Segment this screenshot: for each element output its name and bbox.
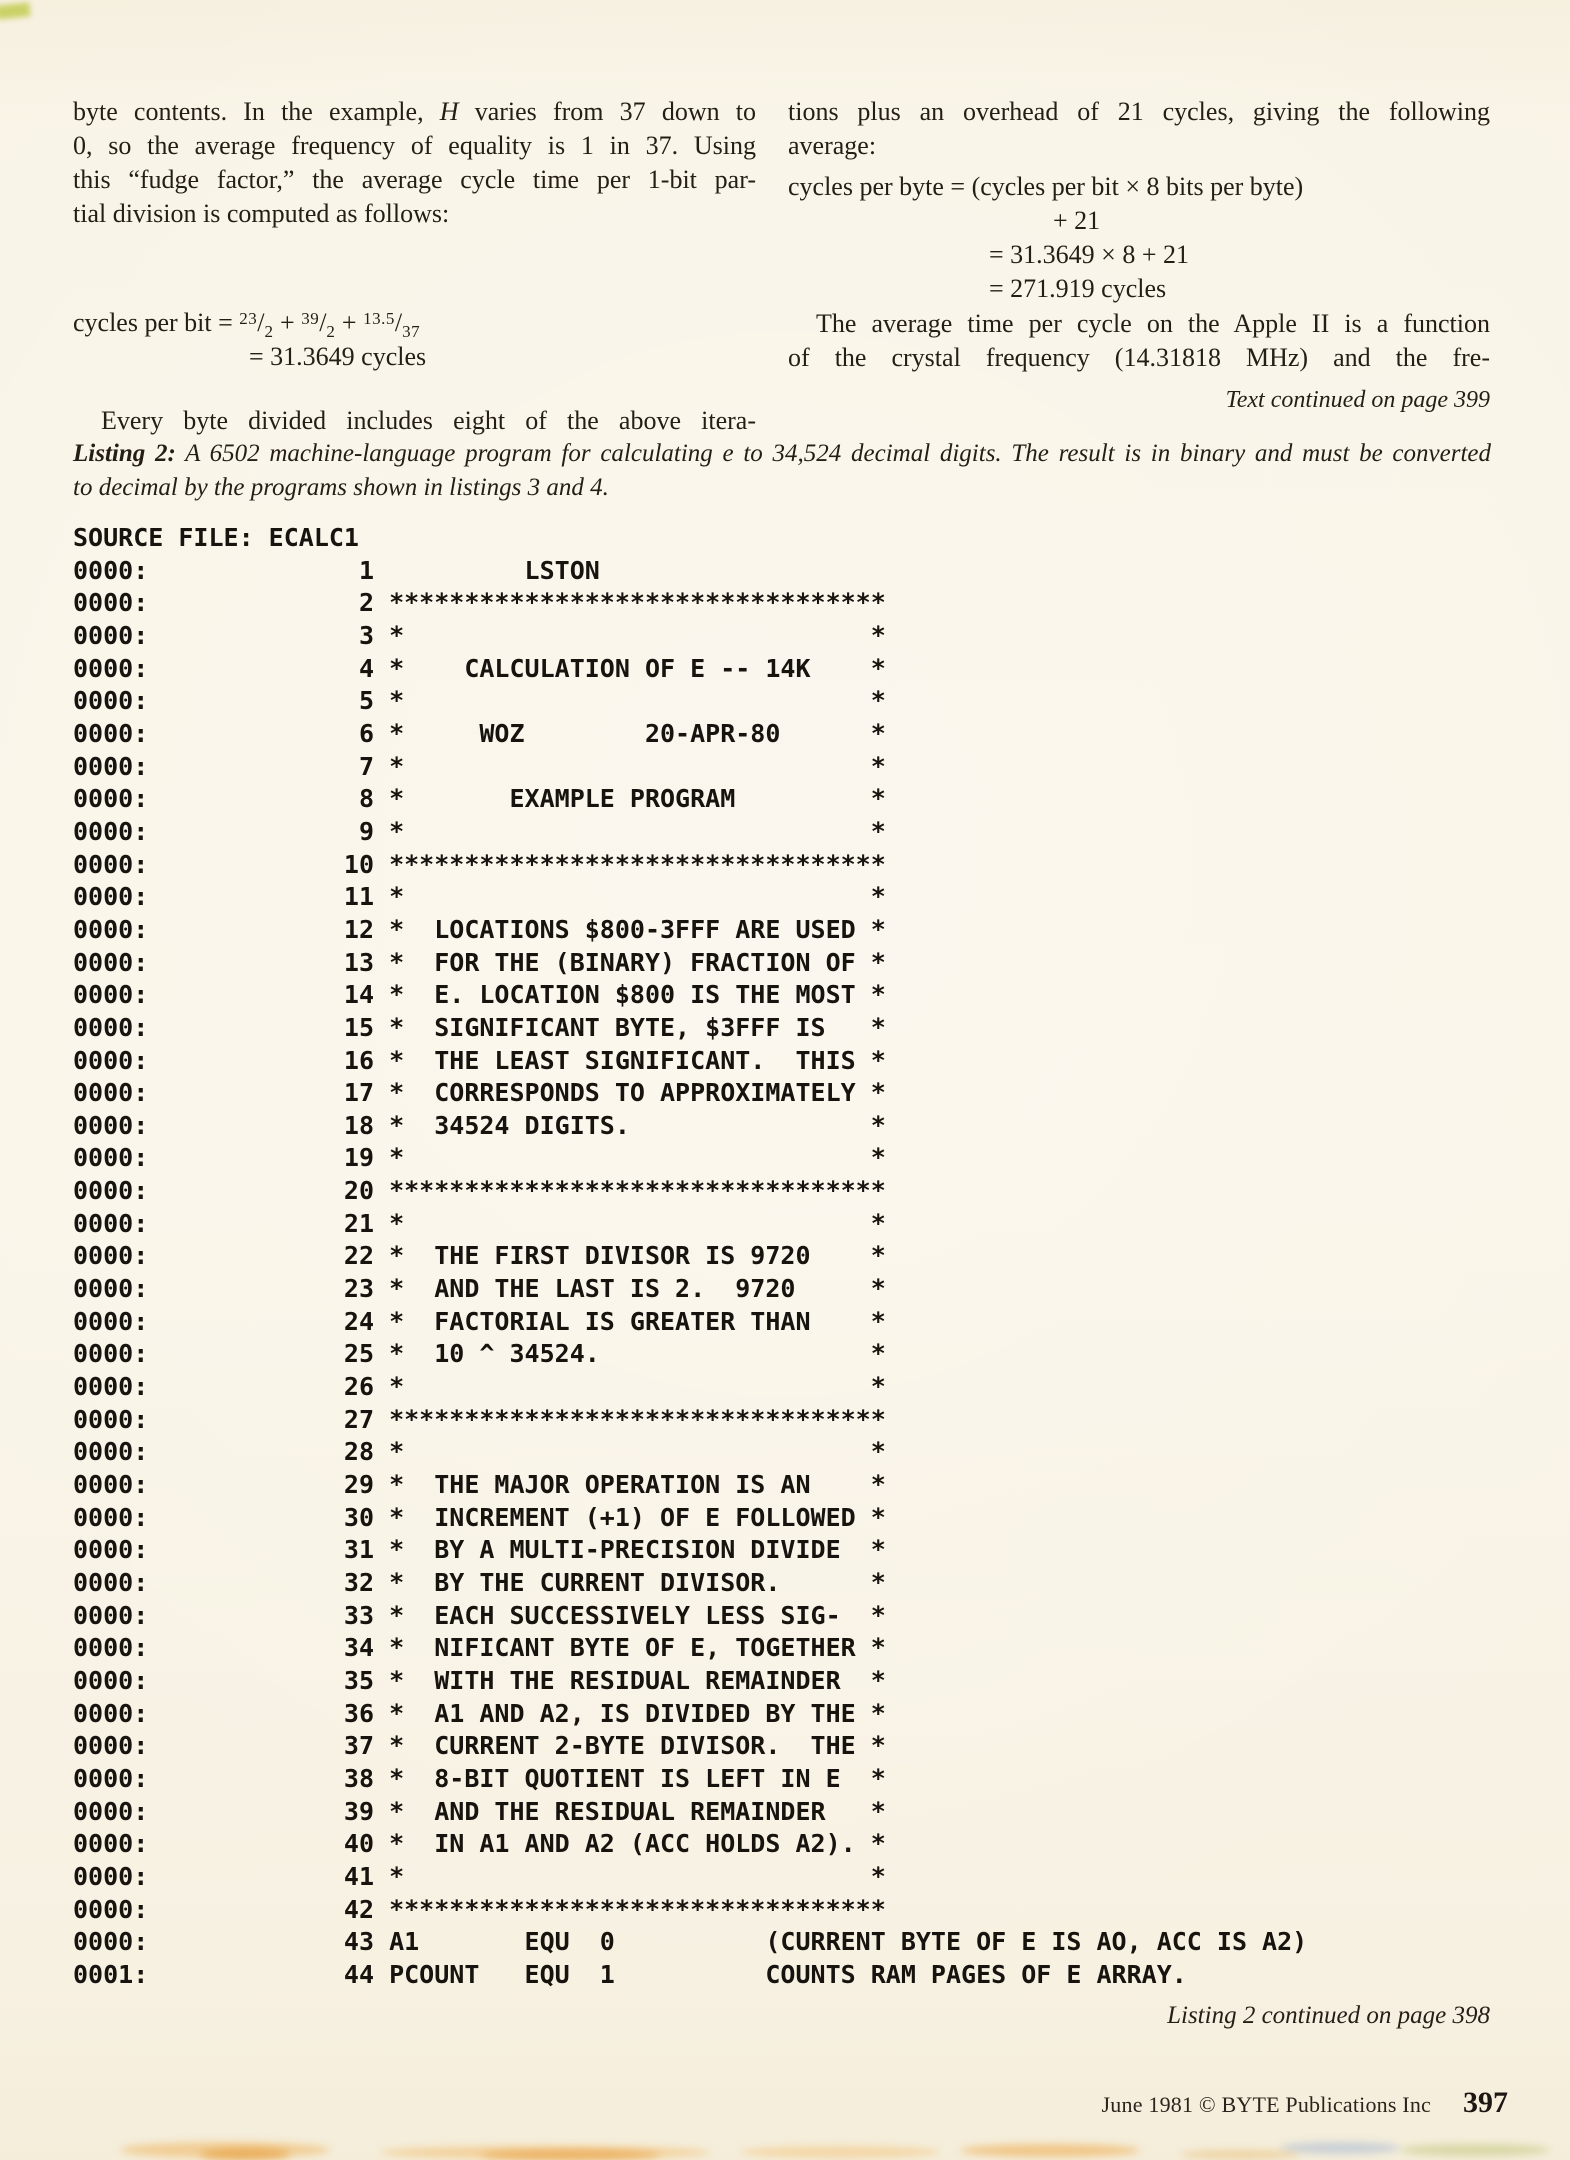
body-line: byte contents. In the example, H varies …	[73, 95, 756, 129]
body-line: this “fudge factor,” the average cycle t…	[73, 163, 756, 197]
scan-artifact	[480, 2150, 660, 2160]
text-continued-note: Text continued on page 399	[788, 383, 1490, 417]
plus-sign: +	[335, 308, 363, 337]
body-line: tions plus an overhead of 21 cycles, giv…	[788, 95, 1490, 129]
formula-lhs: cycles per bit	[73, 308, 218, 337]
plus-sign: +	[274, 308, 302, 337]
caption-text: A 6502 machine-language program for calc…	[176, 440, 1491, 467]
cycles-per-byte-formula-line: cycles per byte = (cycles per bit × 8 bi…	[788, 170, 1490, 204]
variable-h: H	[440, 97, 459, 126]
fraction-numerator: 13.5	[363, 309, 395, 328]
fraction-denominator: 37	[402, 322, 420, 341]
scan-artifact	[740, 2146, 940, 2158]
body-text: byte contents. In the example,	[73, 97, 440, 126]
cycles-per-byte-formula-line: = 271.919 cycles	[989, 272, 1490, 306]
cycles-per-byte-formula-line: = 31.3649 × 8 + 21	[989, 238, 1490, 272]
fraction-numerator: 39	[301, 309, 319, 328]
fraction-slash: /	[257, 308, 264, 337]
scan-artifact	[200, 2148, 290, 2160]
body-line: of the crystal frequency (14.31818 MHz) …	[788, 341, 1490, 375]
fraction-slash: /	[395, 308, 402, 337]
magazine-page: byte contents. In the example, H varies …	[0, 0, 1570, 2160]
body-line: 0, so the average frequency of equality …	[73, 129, 756, 163]
listing-caption: Listing 2: A 6502 machine-language progr…	[73, 437, 1491, 505]
source-code-listing: SOURCE FILE: ECALC1 0000: 1 LSTON 0000: …	[73, 522, 1307, 1992]
article-right-column: tions plus an overhead of 21 cycles, giv…	[788, 95, 1490, 417]
body-line: The average time per cycle on the Apple …	[788, 307, 1490, 341]
formula-line: cycles per bit = 23/2 + 39/2 + 13.5/37	[73, 302, 756, 340]
body-line: tial division is computed as follows:	[73, 197, 756, 231]
scan-artifact	[1400, 2144, 1550, 2156]
equals-sign: =	[218, 308, 239, 337]
scan-artifact-corner	[0, 2, 31, 19]
page-number: 397	[1463, 2086, 1508, 2119]
listing-continued-note: Listing 2 continued on page 398	[788, 2002, 1490, 2030]
cycles-per-byte-formula-line: + 21	[1053, 204, 1490, 238]
fraction-denominator: 2	[265, 322, 274, 341]
scan-artifact	[1280, 2142, 1400, 2154]
article-left-column: byte contents. In the example, H varies …	[73, 95, 756, 438]
body-line: average:	[788, 129, 1490, 163]
cycles-per-bit-formula: cycles per bit = 23/2 + 39/2 + 13.5/37 =…	[73, 302, 756, 374]
formula-result: = 31.3649 cycles	[249, 340, 756, 374]
footer-credit: June 1981 © BYTE Publications Inc	[1102, 2092, 1431, 2117]
scan-artifact	[960, 2144, 1140, 2157]
scan-artifact	[1180, 2150, 1300, 2159]
body-text: varies from 37 down to	[459, 97, 756, 126]
body-line: Every byte divided includes eight of the…	[73, 404, 756, 438]
caption-line: Listing 2: A 6502 machine-language progr…	[73, 437, 1491, 471]
caption-line: to decimal by the programs shown in list…	[73, 471, 1491, 505]
caption-label: Listing 2:	[73, 440, 176, 467]
page-footer: June 1981 © BYTE Publications Inc397	[0, 2086, 1508, 2120]
fraction-numerator: 23	[239, 309, 257, 328]
